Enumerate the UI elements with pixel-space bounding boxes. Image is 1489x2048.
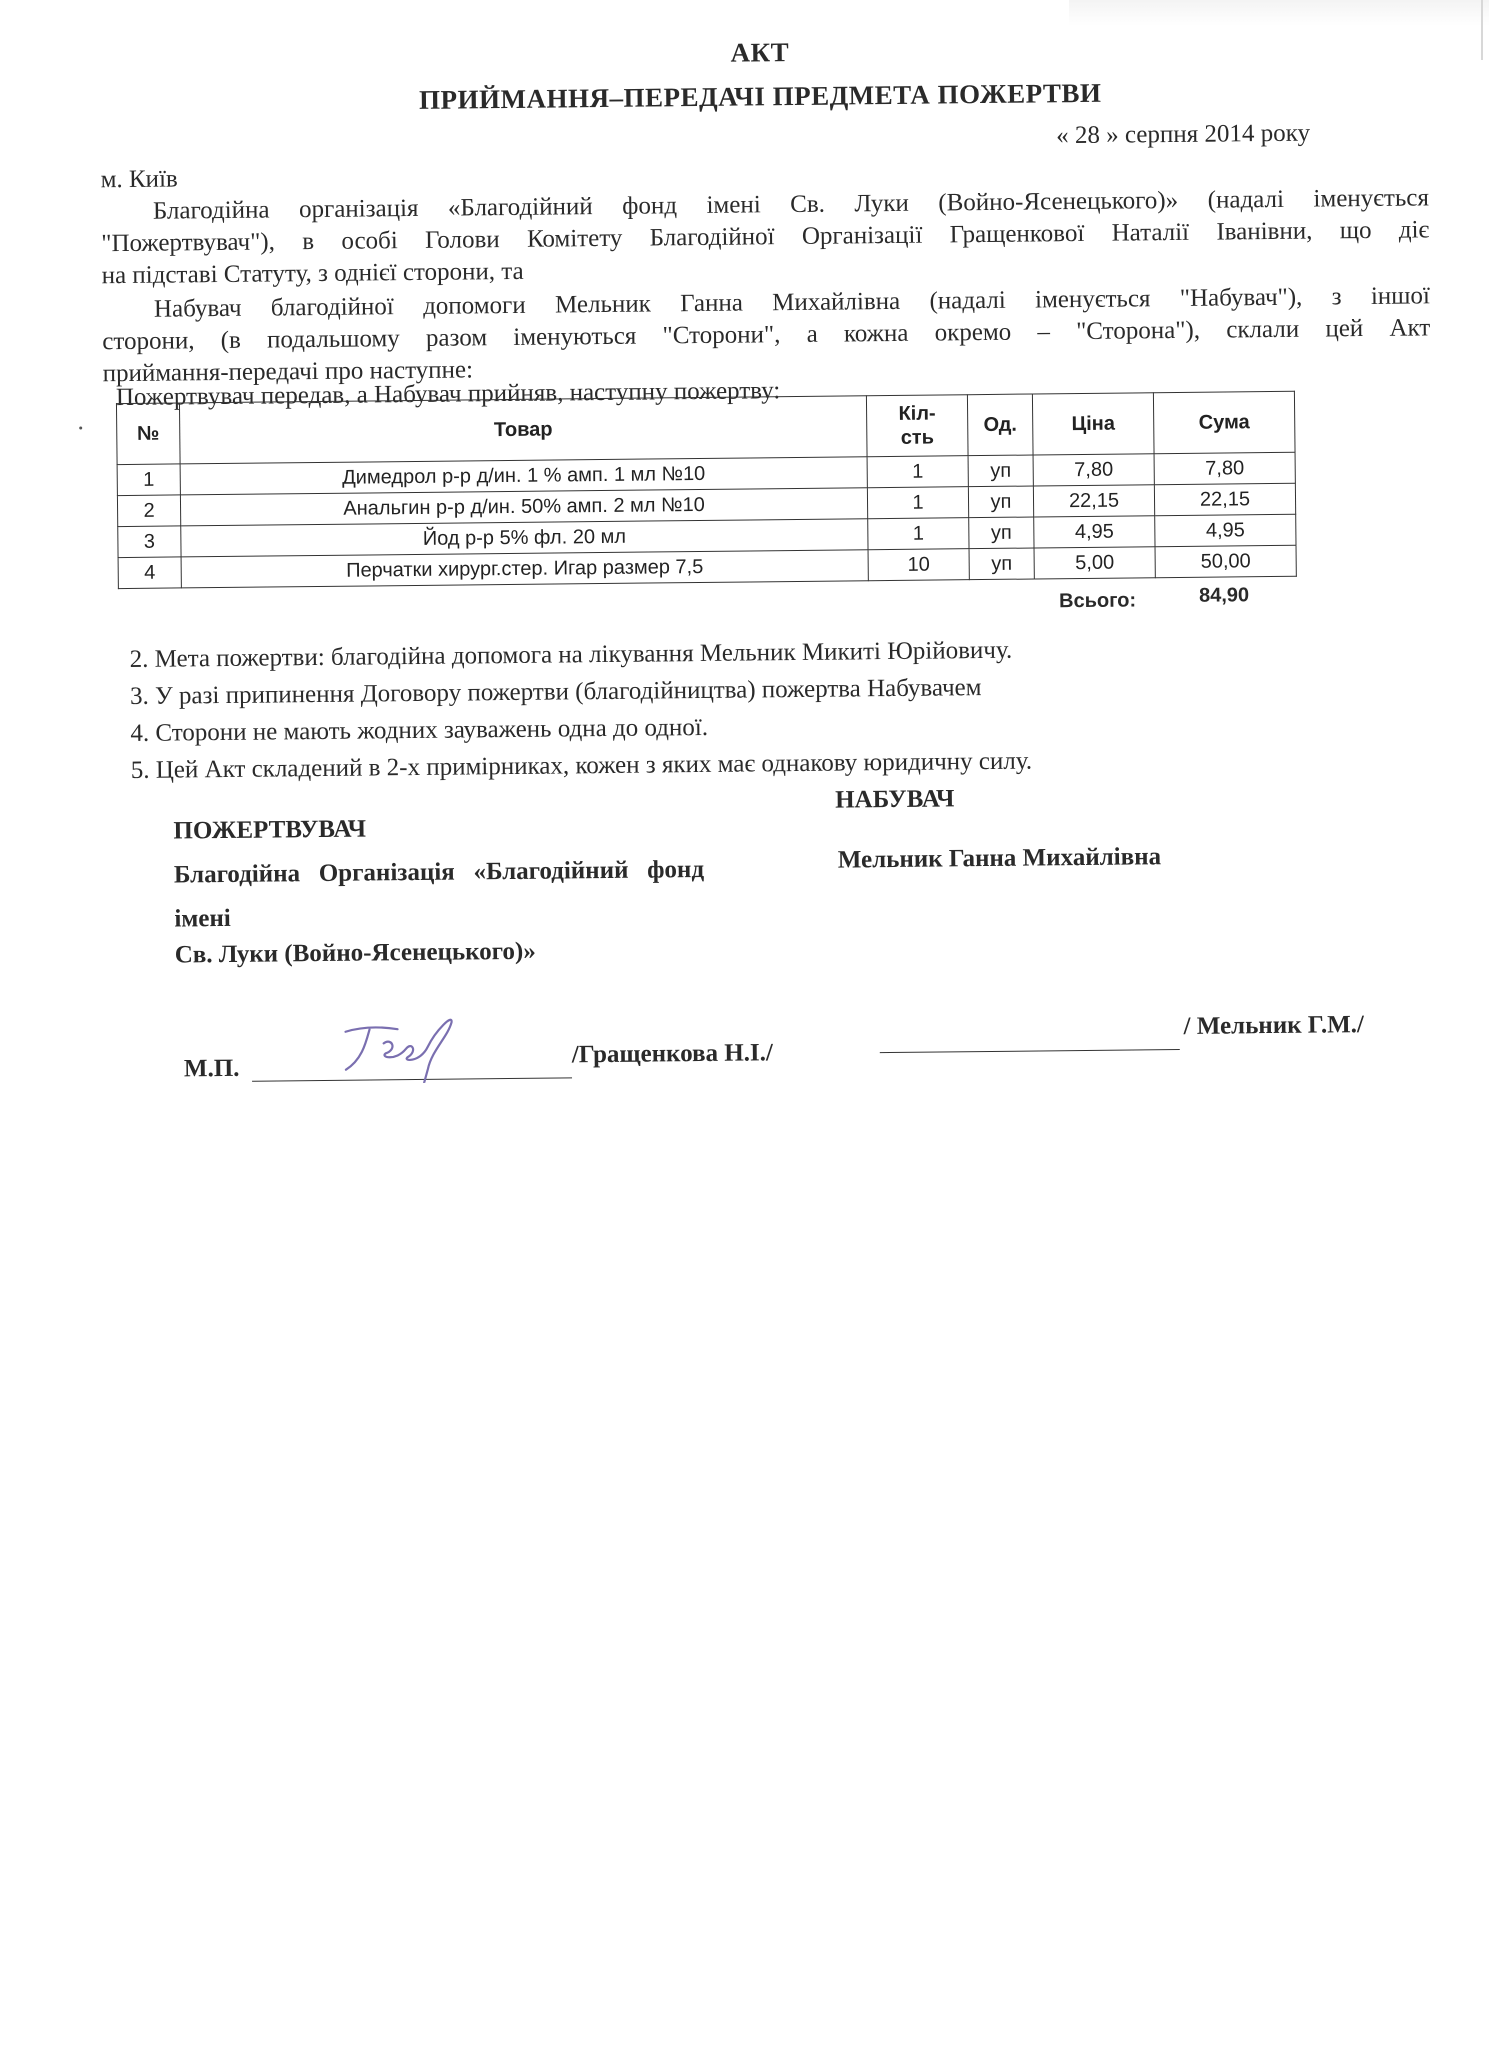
row-sum: 22,15 <box>1154 483 1295 515</box>
row-sum: 50,00 <box>1155 545 1296 577</box>
row-sum: 7,80 <box>1154 452 1295 484</box>
donation-table: № Товар Кіл- сть Од. Ціна Сума 1 Димедро… <box>116 391 1297 589</box>
handwritten-signature-icon <box>335 1002 476 1083</box>
row-price: 5,00 <box>1034 547 1155 579</box>
scan-dot <box>79 426 82 429</box>
recipient-heading: НАБУВАЧ <box>835 785 954 814</box>
header-unit: Од. <box>967 394 1033 456</box>
stamp-label: М.П. <box>184 1055 240 1084</box>
header-number: № <box>116 403 180 465</box>
header-qty: Кіл- сть <box>866 395 968 457</box>
clause-2: 2. Мета пожертви: благодійна допомога на… <box>129 637 1012 674</box>
clause-3: 3. У разі припинення Договору пожертви (… <box>130 674 982 711</box>
row-sum: 4,95 <box>1155 514 1296 546</box>
row-number: 2 <box>117 495 180 527</box>
header-item: Товар <box>179 396 867 464</box>
row-qty: 1 <box>867 456 968 488</box>
row-number: 3 <box>118 526 181 558</box>
paragraph1-line3: на підставі Статуту, з однієї сторони, т… <box>101 258 523 290</box>
row-qty: 1 <box>868 518 969 550</box>
recipient-signatory: / Мельник Г.М./ <box>1183 1011 1364 1041</box>
donor-heading: ПОЖЕРТВУВАЧ <box>173 816 366 846</box>
row-price: 22,15 <box>1033 485 1154 517</box>
document-title: АКТ <box>15 30 1489 77</box>
row-unit: уп <box>969 517 1034 549</box>
donor-name-line1: Благодійна Організація «Благодійний фонд <box>174 856 704 890</box>
recipient-signature-line <box>880 1049 1180 1053</box>
scan-shadow <box>1069 0 1489 26</box>
total-value: 84,90 <box>1199 584 1249 608</box>
row-unit: уп <box>968 486 1033 518</box>
row-price: 4,95 <box>1034 516 1155 548</box>
donor-name-line2: імені <box>174 905 231 934</box>
recipient-name: Мельник Ганна Михайлівна <box>838 843 1162 874</box>
clause-5: 5. Цей Акт складений в 2-х примірниках, … <box>131 748 1033 785</box>
row-unit: уп <box>969 548 1034 580</box>
header-qty-line2: сть <box>901 427 934 449</box>
row-price: 7,80 <box>1033 454 1154 486</box>
donor-name-line3: Св. Луки (Войно-Ясенецького)» <box>175 938 536 970</box>
document-date: « 28 » серпня 2014 року <box>1056 120 1310 151</box>
donor-signatory: /Гращенкова Н.І./ <box>572 1039 773 1069</box>
header-price: Ціна <box>1032 393 1154 455</box>
row-number: 4 <box>118 557 181 589</box>
row-unit: уп <box>968 455 1033 487</box>
row-item: Перчатки хирург.стер. Игар размер 7,5 <box>181 550 868 588</box>
city: м. Київ <box>100 165 177 194</box>
row-qty: 10 <box>868 549 969 581</box>
header-qty-line1: Кіл- <box>898 403 935 425</box>
clause-4: 4. Сторони не мають жодних зауважень одн… <box>130 714 708 748</box>
total-label: Всього: <box>1059 589 1136 613</box>
row-number: 1 <box>117 464 180 496</box>
document-subtitle: ПРИЙМАННЯ–ПЕРЕДАЧІ ПРЕДМЕТА ПОЖЕРТВИ <box>16 74 1489 121</box>
row-qty: 1 <box>867 487 968 519</box>
header-sum: Сума <box>1153 391 1295 453</box>
